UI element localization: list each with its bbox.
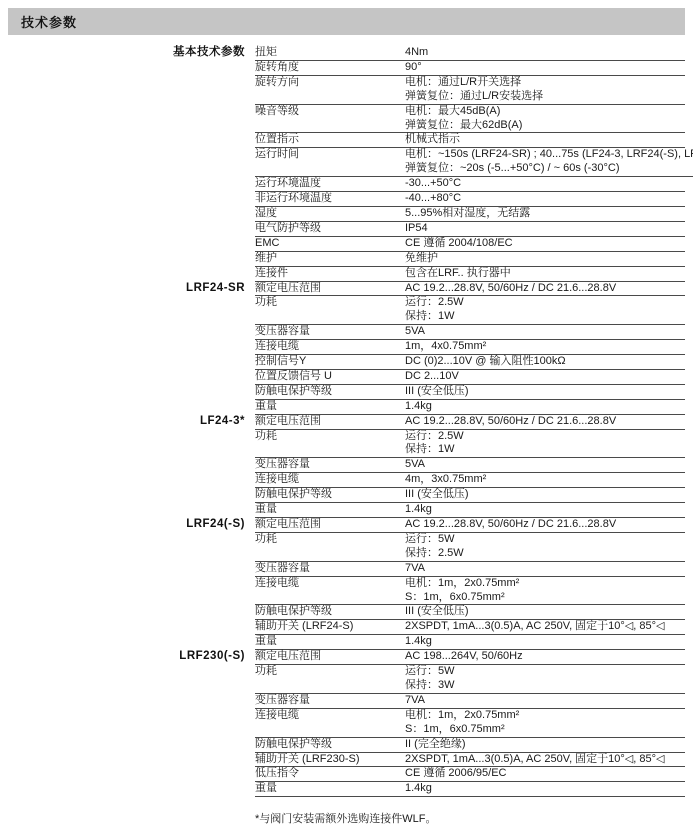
param-value-line: S：1m，6x0.75mm² (405, 723, 685, 737)
param-value-line: 5VA (405, 458, 685, 472)
table-row: 低压指令CE 遵循 2006/95/EC (0, 767, 685, 782)
param-value-line: 机械式指示 (405, 133, 685, 147)
param-name: 防触电保护等级 (255, 738, 405, 752)
param-value-line: 弹簧复位：最大62dB(A) (405, 119, 685, 133)
param-name: 位置指示 (255, 133, 405, 147)
section-label (0, 738, 245, 753)
table-row: EMCCE 遵循 2004/108/EC (0, 237, 685, 252)
row-content: 防触电保护等级II (完全绝缘) (255, 738, 685, 753)
param-value-line: AC 19.2...28.8V, 50/60Hz / DC 21.6...28.… (405, 415, 685, 429)
param-value: 机械式指示 (405, 133, 685, 147)
table-row: 电气防护等级IP54 (0, 222, 685, 237)
table-row: 运行时间电机：~150s (LRF24-SR) ; 40...75s (LF24… (0, 148, 685, 177)
param-value-line: DC (0)2...10V @ 输入阻性100kΩ (405, 355, 685, 369)
param-value: 1.4kg (405, 503, 685, 517)
table-row: 变压器容量5VA (0, 325, 685, 340)
table-row: 防触电保护等级III (安全低压) (0, 385, 685, 400)
param-value-line: 1.4kg (405, 503, 685, 517)
row-content: 额定电压范围AC 19.2...28.8V, 50/60Hz / DC 21.6… (255, 518, 685, 533)
param-value-line: -30...+50°C (405, 177, 685, 191)
section-label: LF24-3* (0, 415, 245, 430)
section-label (0, 177, 245, 192)
section-label (0, 665, 245, 694)
row-content: 额定电压范围AC 19.2...28.8V, 50/60Hz / DC 21.6… (255, 282, 685, 297)
row-content: 连接件包含在LRF.. 执行器中 (255, 267, 685, 282)
table-row: LRF24(-S)额定电压范围AC 19.2...28.8V, 50/60Hz … (0, 518, 685, 533)
row-content: 运行时间电机：~150s (LRF24-SR) ; 40...75s (LF24… (255, 148, 693, 177)
param-value-line: 保持：3W (405, 679, 685, 693)
section-label (0, 562, 245, 577)
param-name: 连接电缆 (255, 340, 405, 354)
table-row: 辅助开关 (LRF24-S)2XSPDT, 1mA...3(0.5)A, AC … (0, 620, 685, 635)
param-value: 运行：5W保持：3W (405, 665, 685, 693)
table-row: 防触电保护等级III (安全低压) (0, 605, 685, 620)
table-row: 功耗运行：5W保持：3W (0, 665, 685, 694)
param-value: 4m，3x0.75mm² (405, 473, 685, 487)
param-value-line: 电机：通过L/R开关选择 (405, 76, 685, 90)
param-value: 1.4kg (405, 400, 685, 414)
param-value-line: 1.4kg (405, 782, 685, 796)
param-value-line: III (安全低压) (405, 385, 685, 399)
section-label (0, 340, 245, 355)
param-value: III (安全低压) (405, 605, 685, 619)
param-value-line: 保持：1W (405, 310, 685, 324)
param-value-line: III (安全低压) (405, 605, 685, 619)
param-value: 电机：~150s (LRF24-SR) ; 40...75s (LF24-3, … (405, 148, 693, 176)
table-row: 噪音等级电机：最大45dB(A)弹簧复位：最大62dB(A) (0, 105, 685, 134)
param-name: 变压器容量 (255, 562, 405, 576)
row-content: 防触电保护等级III (安全低压) (255, 385, 685, 400)
param-value-line: S：1m，6x0.75mm² (405, 591, 685, 605)
param-value-line: 电机：1m，2x0.75mm² (405, 709, 685, 723)
param-value-line: 7VA (405, 562, 685, 576)
param-name: 变压器容量 (255, 458, 405, 472)
param-value: DC 2...10V (405, 370, 685, 384)
param-value: -30...+50°C (405, 177, 685, 191)
param-value: 1.4kg (405, 782, 685, 796)
section-label (0, 620, 245, 635)
row-content: 位置反馈信号 UDC 2...10V (255, 370, 685, 385)
param-value-line: 运行：5W (405, 665, 685, 679)
param-name: EMC (255, 237, 405, 251)
table-row: 连接电缆4m，3x0.75mm² (0, 473, 685, 488)
section-label (0, 296, 245, 325)
param-name: 维护 (255, 252, 405, 266)
row-content: 重量1.4kg (255, 782, 685, 797)
row-content: 功耗运行：5W保持：3W (255, 665, 685, 694)
param-value: DC (0)2...10V @ 输入阻性100kΩ (405, 355, 685, 369)
section-header-bar: 技术参数 (8, 8, 685, 35)
table-row: 连接电缆电机：1m，2x0.75mm²S：1m，6x0.75mm² (0, 709, 685, 738)
section-label (0, 458, 245, 473)
table-row: 连接件包含在LRF.. 执行器中 (0, 267, 685, 282)
param-value: 5VA (405, 458, 685, 472)
table-row: 功耗运行：2.5W保持：1W (0, 296, 685, 325)
param-name: 重量 (255, 635, 405, 649)
row-content: 运行环境温度-30...+50°C (255, 177, 685, 192)
param-value: 2XSPDT, 1mA...3(0.5)A, AC 250V, 固定于10°◁,… (405, 753, 685, 767)
row-content: 旋转角度90° (255, 61, 685, 76)
row-content: 重量1.4kg (255, 635, 685, 650)
param-value-line: CE 遵循 2006/95/EC (405, 767, 685, 781)
param-value: 电机：1m，2x0.75mm²S：1m，6x0.75mm² (405, 709, 685, 737)
row-content: 低压指令CE 遵循 2006/95/EC (255, 767, 685, 782)
param-value: 运行：5W保持：2.5W (405, 533, 685, 561)
section-label (0, 577, 245, 606)
row-content: 控制信号YDC (0)2...10V @ 输入阻性100kΩ (255, 355, 685, 370)
row-content: 非运行环境温度-40...+80°C (255, 192, 685, 207)
param-value: 电机：最大45dB(A)弹簧复位：最大62dB(A) (405, 105, 685, 133)
param-value-line: 保持：2.5W (405, 547, 685, 561)
row-content: 防触电保护等级III (安全低压) (255, 488, 685, 503)
table-row: 防触电保护等级II (完全绝缘) (0, 738, 685, 753)
param-value-line: AC 19.2...28.8V, 50/60Hz / DC 21.6...28.… (405, 282, 685, 296)
section-label (0, 709, 245, 738)
section-label (0, 400, 245, 415)
param-name: 防触电保护等级 (255, 488, 405, 502)
table-row: 重量1.4kg (0, 400, 685, 415)
param-name: 扭矩 (255, 46, 405, 60)
section-label (0, 325, 245, 340)
row-content: 辅助开关 (LRF230-S)2XSPDT, 1mA...3(0.5)A, AC… (255, 753, 685, 768)
table-row: 变压器容量7VA (0, 562, 685, 577)
table-row: 功耗运行：5W保持：2.5W (0, 533, 685, 562)
param-name: 重量 (255, 782, 405, 796)
param-value-line: 5...95%相对湿度，无结露 (405, 207, 685, 221)
param-value: 运行：2.5W保持：1W (405, 430, 685, 458)
row-content: 连接电缆电机：1m，2x0.75mm²S：1m，6x0.75mm² (255, 709, 685, 738)
param-name: 湿度 (255, 207, 405, 221)
param-value-line: 5VA (405, 325, 685, 339)
param-name: 连接件 (255, 267, 405, 281)
section-label: LRF230(-S) (0, 650, 245, 665)
row-content: 连接电缆1m，4x0.75mm² (255, 340, 685, 355)
param-value-line: -40...+80°C (405, 192, 685, 206)
table-row: 重量1.4kg (0, 635, 685, 650)
param-name: 功耗 (255, 296, 405, 324)
param-name: 辅助开关 (LRF24-S) (255, 620, 405, 634)
section-label (0, 252, 245, 267)
table-row: 连接电缆电机：1m，2x0.75mm²S：1m，6x0.75mm² (0, 577, 685, 606)
param-value-line: 保持：1W (405, 443, 685, 457)
param-value-line: 免维护 (405, 252, 685, 266)
param-name: 噪音等级 (255, 105, 405, 133)
section-label (0, 385, 245, 400)
param-value-line: 弹簧复位：~20s (-5...+50°C) / ~ 60s (-30°C) (405, 162, 693, 176)
table-row: 控制信号YDC (0)2...10V @ 输入阻性100kΩ (0, 355, 685, 370)
table-row: 维护免维护 (0, 252, 685, 267)
row-content: 湿度5...95%相对湿度，无结露 (255, 207, 685, 222)
row-content: 额定电压范围AC 19.2...28.8V, 50/60Hz / DC 21.6… (255, 415, 685, 430)
param-value: 5VA (405, 325, 685, 339)
param-value: III (安全低压) (405, 385, 685, 399)
param-value-line: II (完全绝缘) (405, 738, 685, 752)
section-label (0, 133, 245, 148)
param-name: 辅助开关 (LRF230-S) (255, 753, 405, 767)
param-value-line: 电机：1m，2x0.75mm² (405, 577, 685, 591)
param-name: 运行环境温度 (255, 177, 405, 191)
section-label (0, 430, 245, 459)
section-label (0, 105, 245, 134)
param-value-line: 2XSPDT, 1mA...3(0.5)A, AC 250V, 固定于10°◁,… (405, 753, 685, 767)
param-name: 旋转角度 (255, 61, 405, 75)
param-value: AC 198...264V, 50/60Hz (405, 650, 685, 664)
param-value: II (完全绝缘) (405, 738, 685, 752)
param-name: 防触电保护等级 (255, 605, 405, 619)
param-value: III (安全低压) (405, 488, 685, 502)
param-value-line: IP54 (405, 222, 685, 236)
param-name: 变压器容量 (255, 694, 405, 708)
table-row: 旋转方向电机：通过L/R开关选择弹簧复位：通过L/R安装选择 (0, 76, 685, 105)
param-name: 低压指令 (255, 767, 405, 781)
section-label (0, 237, 245, 252)
param-value: 包含在LRF.. 执行器中 (405, 267, 685, 281)
row-content: 重量1.4kg (255, 400, 685, 415)
section-label (0, 782, 245, 797)
row-content: 功耗运行：2.5W保持：1W (255, 430, 685, 459)
param-value: AC 19.2...28.8V, 50/60Hz / DC 21.6...28.… (405, 282, 685, 296)
param-value-line: 4m，3x0.75mm² (405, 473, 685, 487)
row-content: 功耗运行：2.5W保持：1W (255, 296, 685, 325)
param-name: 运行时间 (255, 148, 405, 176)
row-content: 变压器容量5VA (255, 325, 685, 340)
param-value: 电机：1m，2x0.75mm²S：1m，6x0.75mm² (405, 577, 685, 605)
param-value: 1.4kg (405, 635, 685, 649)
param-value-line: 1m，4x0.75mm² (405, 340, 685, 354)
row-content: 功耗运行：5W保持：2.5W (255, 533, 685, 562)
page-title: 技术参数 (21, 12, 77, 31)
row-content: EMCCE 遵循 2004/108/EC (255, 237, 685, 252)
section-label: LRF24(-S) (0, 518, 245, 533)
param-name: 防触电保护等级 (255, 385, 405, 399)
param-value-line: CE 遵循 2004/108/EC (405, 237, 685, 251)
param-name: 非运行环境温度 (255, 192, 405, 206)
row-content: 辅助开关 (LRF24-S)2XSPDT, 1mA...3(0.5)A, AC … (255, 620, 685, 635)
param-value: 7VA (405, 694, 685, 708)
table-row: 基本技术参数扭矩4Nm (0, 46, 685, 61)
table-row: 湿度5...95%相对湿度，无结露 (0, 207, 685, 222)
param-name: 功耗 (255, 665, 405, 693)
param-value: -40...+80°C (405, 192, 685, 206)
param-value: 电机：通过L/R开关选择弹簧复位：通过L/R安装选择 (405, 76, 685, 104)
table-row: 位置反馈信号 UDC 2...10V (0, 370, 685, 385)
row-content: 维护免维护 (255, 252, 685, 267)
row-content: 变压器容量7VA (255, 694, 685, 709)
table-row: 位置指示机械式指示 (0, 133, 685, 148)
table-row: 变压器容量5VA (0, 458, 685, 473)
param-name: 旋转方向 (255, 76, 405, 104)
section-label (0, 767, 245, 782)
section-label (0, 76, 245, 105)
table-row: LF24-3*额定电压范围AC 19.2...28.8V, 50/60Hz / … (0, 415, 685, 430)
param-value-line: 运行：2.5W (405, 296, 685, 310)
table-row: LRF24-SR额定电压范围AC 19.2...28.8V, 50/60Hz /… (0, 282, 685, 297)
param-name: 额定电压范围 (255, 415, 405, 429)
param-name: 控制信号Y (255, 355, 405, 369)
section-label (0, 61, 245, 76)
param-value-line: AC 19.2...28.8V, 50/60Hz / DC 21.6...28.… (405, 518, 685, 532)
param-name: 功耗 (255, 533, 405, 561)
param-value: AC 19.2...28.8V, 50/60Hz / DC 21.6...28.… (405, 415, 685, 429)
param-value-line: DC 2...10V (405, 370, 685, 384)
param-name: 变压器容量 (255, 325, 405, 339)
section-label (0, 694, 245, 709)
param-value-line: 2XSPDT, 1mA...3(0.5)A, AC 250V, 固定于10°◁,… (405, 620, 685, 634)
table-row: 辅助开关 (LRF230-S)2XSPDT, 1mA...3(0.5)A, AC… (0, 753, 685, 768)
section-label (0, 207, 245, 222)
section-label (0, 753, 245, 768)
table-row: LRF230(-S)额定电压范围AC 198...264V, 50/60Hz (0, 650, 685, 665)
param-name: 重量 (255, 400, 405, 414)
param-name: 连接电缆 (255, 577, 405, 605)
param-value: 7VA (405, 562, 685, 576)
row-content: 位置指示机械式指示 (255, 133, 685, 148)
param-value-line: 1.4kg (405, 400, 685, 414)
param-name: 位置反馈信号 U (255, 370, 405, 384)
section-label (0, 192, 245, 207)
param-value: 5...95%相对湿度，无结露 (405, 207, 685, 221)
table-row: 功耗运行：2.5W保持：1W (0, 430, 685, 459)
row-content: 额定电压范围AC 198...264V, 50/60Hz (255, 650, 685, 665)
row-content: 电气防护等级IP54 (255, 222, 685, 237)
table-row: 重量1.4kg (0, 782, 685, 797)
row-content: 连接电缆电机：1m，2x0.75mm²S：1m，6x0.75mm² (255, 577, 685, 606)
param-name: 连接电缆 (255, 473, 405, 487)
section-label: LRF24-SR (0, 282, 245, 297)
row-content: 噪音等级电机：最大45dB(A)弹簧复位：最大62dB(A) (255, 105, 685, 134)
param-value: 90° (405, 61, 685, 75)
section-label (0, 605, 245, 620)
section-label (0, 370, 245, 385)
param-value-line: III (安全低压) (405, 488, 685, 502)
param-value: 4Nm (405, 46, 685, 60)
row-content: 旋转方向电机：通过L/R开关选择弹簧复位：通过L/R安装选择 (255, 76, 685, 105)
param-value: 2XSPDT, 1mA...3(0.5)A, AC 250V, 固定于10°◁,… (405, 620, 685, 634)
row-content: 变压器容量7VA (255, 562, 685, 577)
spec-table: 基本技术参数扭矩4Nm旋转角度90°旋转方向电机：通过L/R开关选择弹簧复位：通… (0, 46, 685, 797)
section-label (0, 503, 245, 518)
section-label (0, 148, 245, 177)
param-value-line: 1.4kg (405, 635, 685, 649)
param-value: CE 遵循 2006/95/EC (405, 767, 685, 781)
param-name: 额定电压范围 (255, 650, 405, 664)
table-row: 变压器容量7VA (0, 694, 685, 709)
table-row: 防触电保护等级III (安全低压) (0, 488, 685, 503)
table-row: 连接电缆1m，4x0.75mm² (0, 340, 685, 355)
section-label (0, 635, 245, 650)
param-value: 免维护 (405, 252, 685, 266)
param-value: CE 遵循 2004/108/EC (405, 237, 685, 251)
section-label (0, 222, 245, 237)
param-value-line: 电机：最大45dB(A) (405, 105, 685, 119)
row-content: 变压器容量5VA (255, 458, 685, 473)
footnote: *与阀门安装需额外选购连接件WLF。 (255, 810, 437, 826)
table-row: 非运行环境温度-40...+80°C (0, 192, 685, 207)
section-label (0, 533, 245, 562)
param-value: IP54 (405, 222, 685, 236)
datasheet-page: 技术参数 基本技术参数扭矩4Nm旋转角度90°旋转方向电机：通过L/R开关选择弹… (0, 0, 693, 829)
row-content: 防触电保护等级III (安全低压) (255, 605, 685, 620)
section-label: 基本技术参数 (0, 46, 245, 61)
param-value-line: 90° (405, 61, 685, 75)
param-value: AC 19.2...28.8V, 50/60Hz / DC 21.6...28.… (405, 518, 685, 532)
section-label (0, 267, 245, 282)
param-value-line: 包含在LRF.. 执行器中 (405, 267, 685, 281)
row-content: 连接电缆4m，3x0.75mm² (255, 473, 685, 488)
param-name: 重量 (255, 503, 405, 517)
param-value: 1m，4x0.75mm² (405, 340, 685, 354)
param-name: 功耗 (255, 430, 405, 458)
param-value-line: 电机：~150s (LRF24-SR) ; 40...75s (LF24-3, … (405, 148, 693, 162)
table-row: 运行环境温度-30...+50°C (0, 177, 685, 192)
param-name: 额定电压范围 (255, 282, 405, 296)
param-value-line: 运行：5W (405, 533, 685, 547)
section-label (0, 355, 245, 370)
param-value-line: 运行：2.5W (405, 430, 685, 444)
param-value-line: 4Nm (405, 46, 685, 60)
section-label (0, 488, 245, 503)
table-row: 旋转角度90° (0, 61, 685, 76)
param-value-line: AC 198...264V, 50/60Hz (405, 650, 685, 664)
param-value: 运行：2.5W保持：1W (405, 296, 685, 324)
section-label (0, 473, 245, 488)
row-content: 扭矩4Nm (255, 46, 685, 61)
param-value-line: 7VA (405, 694, 685, 708)
param-name: 电气防护等级 (255, 222, 405, 236)
param-value-line: 弹簧复位：通过L/R安装选择 (405, 90, 685, 104)
table-row: 重量1.4kg (0, 503, 685, 518)
param-name: 额定电压范围 (255, 518, 405, 532)
row-content: 重量1.4kg (255, 503, 685, 518)
param-name: 连接电缆 (255, 709, 405, 737)
